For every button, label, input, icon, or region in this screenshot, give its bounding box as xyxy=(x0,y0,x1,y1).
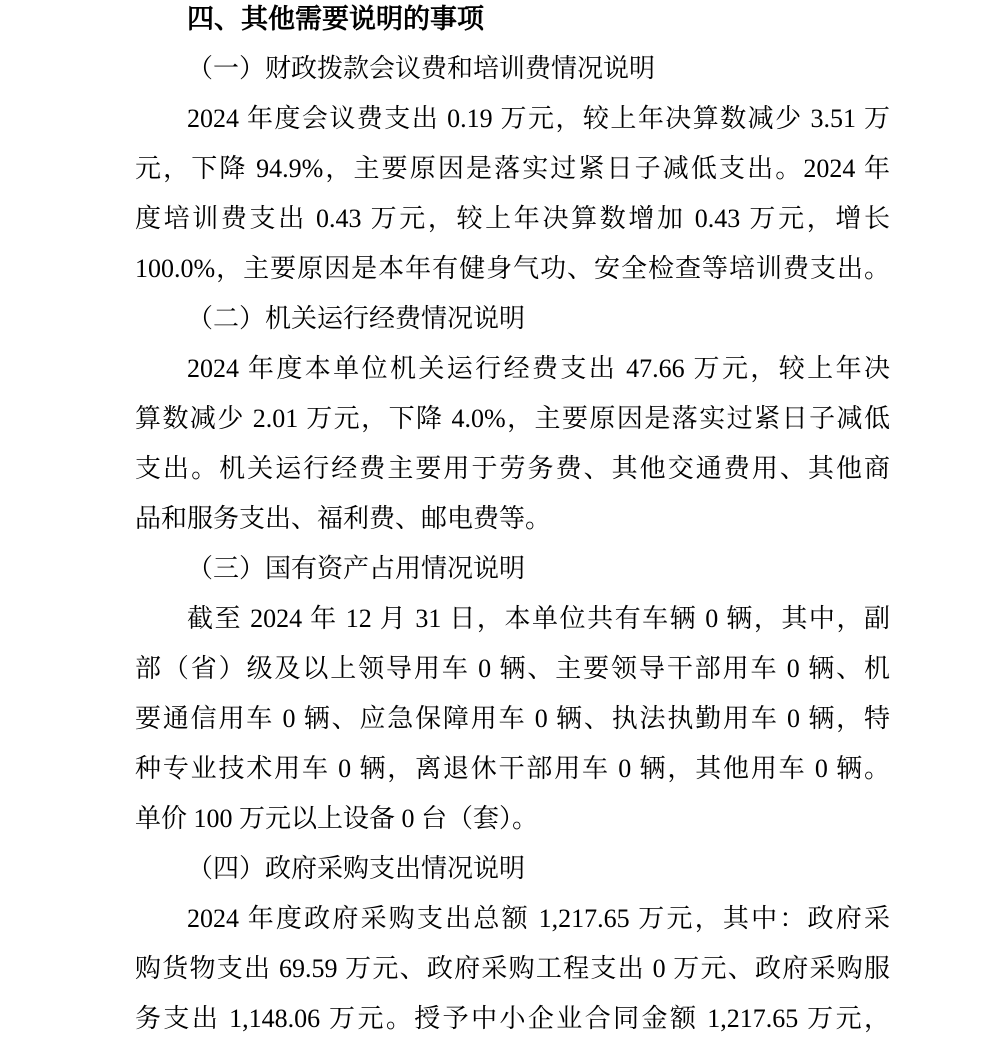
paragraph-line: 100.0%，主要原因是本年有健身气功、安全检查等培训费支出。 xyxy=(135,244,890,294)
paragraph-line: 算数减少 2.01 万元，下降 4.0%，主要原因是落实过紧日子减低 xyxy=(135,394,890,444)
paragraph-line: 2024 年度本单位机关运行经费支出 47.66 万元，较上年决 xyxy=(135,344,890,394)
subheading-3: （三）国有资产占用情况说明 xyxy=(135,544,890,594)
paragraph-line: 单价 100 万元以上设备 0 台（套）。 xyxy=(135,794,890,844)
paragraph-line: 购货物支出 69.59 万元、政府采购工程支出 0 万元、政府采购服 xyxy=(135,944,890,994)
subheading-1: （一）财政拨款会议费和培训费情况说明 xyxy=(135,44,890,94)
subheading-2: （二）机关运行经费情况说明 xyxy=(135,294,890,344)
paragraph-line: 2024 年度会议费支出 0.19 万元，较上年决算数减少 3.51 万 xyxy=(135,94,890,144)
paragraph-line: 元，下降 94.9%，主要原因是落实过紧日子减低支出。2024 年 xyxy=(135,144,890,194)
paragraph-line: 要通信用车 0 辆、应急保障用车 0 辆、执法执勤用车 0 辆，特 xyxy=(135,694,890,744)
paragraph-line: 种专业技术用车 0 辆，离退休干部用车 0 辆，其他用车 0 辆。 xyxy=(135,744,890,794)
paragraph-line: 支出。机关运行经费主要用于劳务费、其他交通费用、其他商 xyxy=(135,444,890,494)
document-content: 四、其他需要说明的事项 （一）财政拨款会议费和培训费情况说明 2024 年度会议… xyxy=(135,0,890,1042)
document-page: 四、其他需要说明的事项 （一）财政拨款会议费和培训费情况说明 2024 年度会议… xyxy=(0,0,1000,1042)
subheading-4: （四）政府采购支出情况说明 xyxy=(135,844,890,894)
paragraph-line: 品和服务支出、福利费、邮电费等。 xyxy=(135,494,890,544)
paragraph-line: 务支出 1,148.06 万元。授予中小企业合同金额 1,217.65 万元， xyxy=(135,994,890,1042)
paragraph-line: 部（省）级及以上领导用车 0 辆、主要领导干部用车 0 辆、机 xyxy=(135,644,890,694)
paragraph-line: 度培训费支出 0.43 万元，较上年决算数增加 0.43 万元，增长 xyxy=(135,194,890,244)
paragraph-line: 2024 年度政府采购支出总额 1,217.65 万元，其中：政府采 xyxy=(135,894,890,944)
section-heading: 四、其他需要说明的事项 xyxy=(135,0,890,44)
paragraph-line: 截至 2024 年 12 月 31 日，本单位共有车辆 0 辆，其中，副 xyxy=(135,594,890,644)
